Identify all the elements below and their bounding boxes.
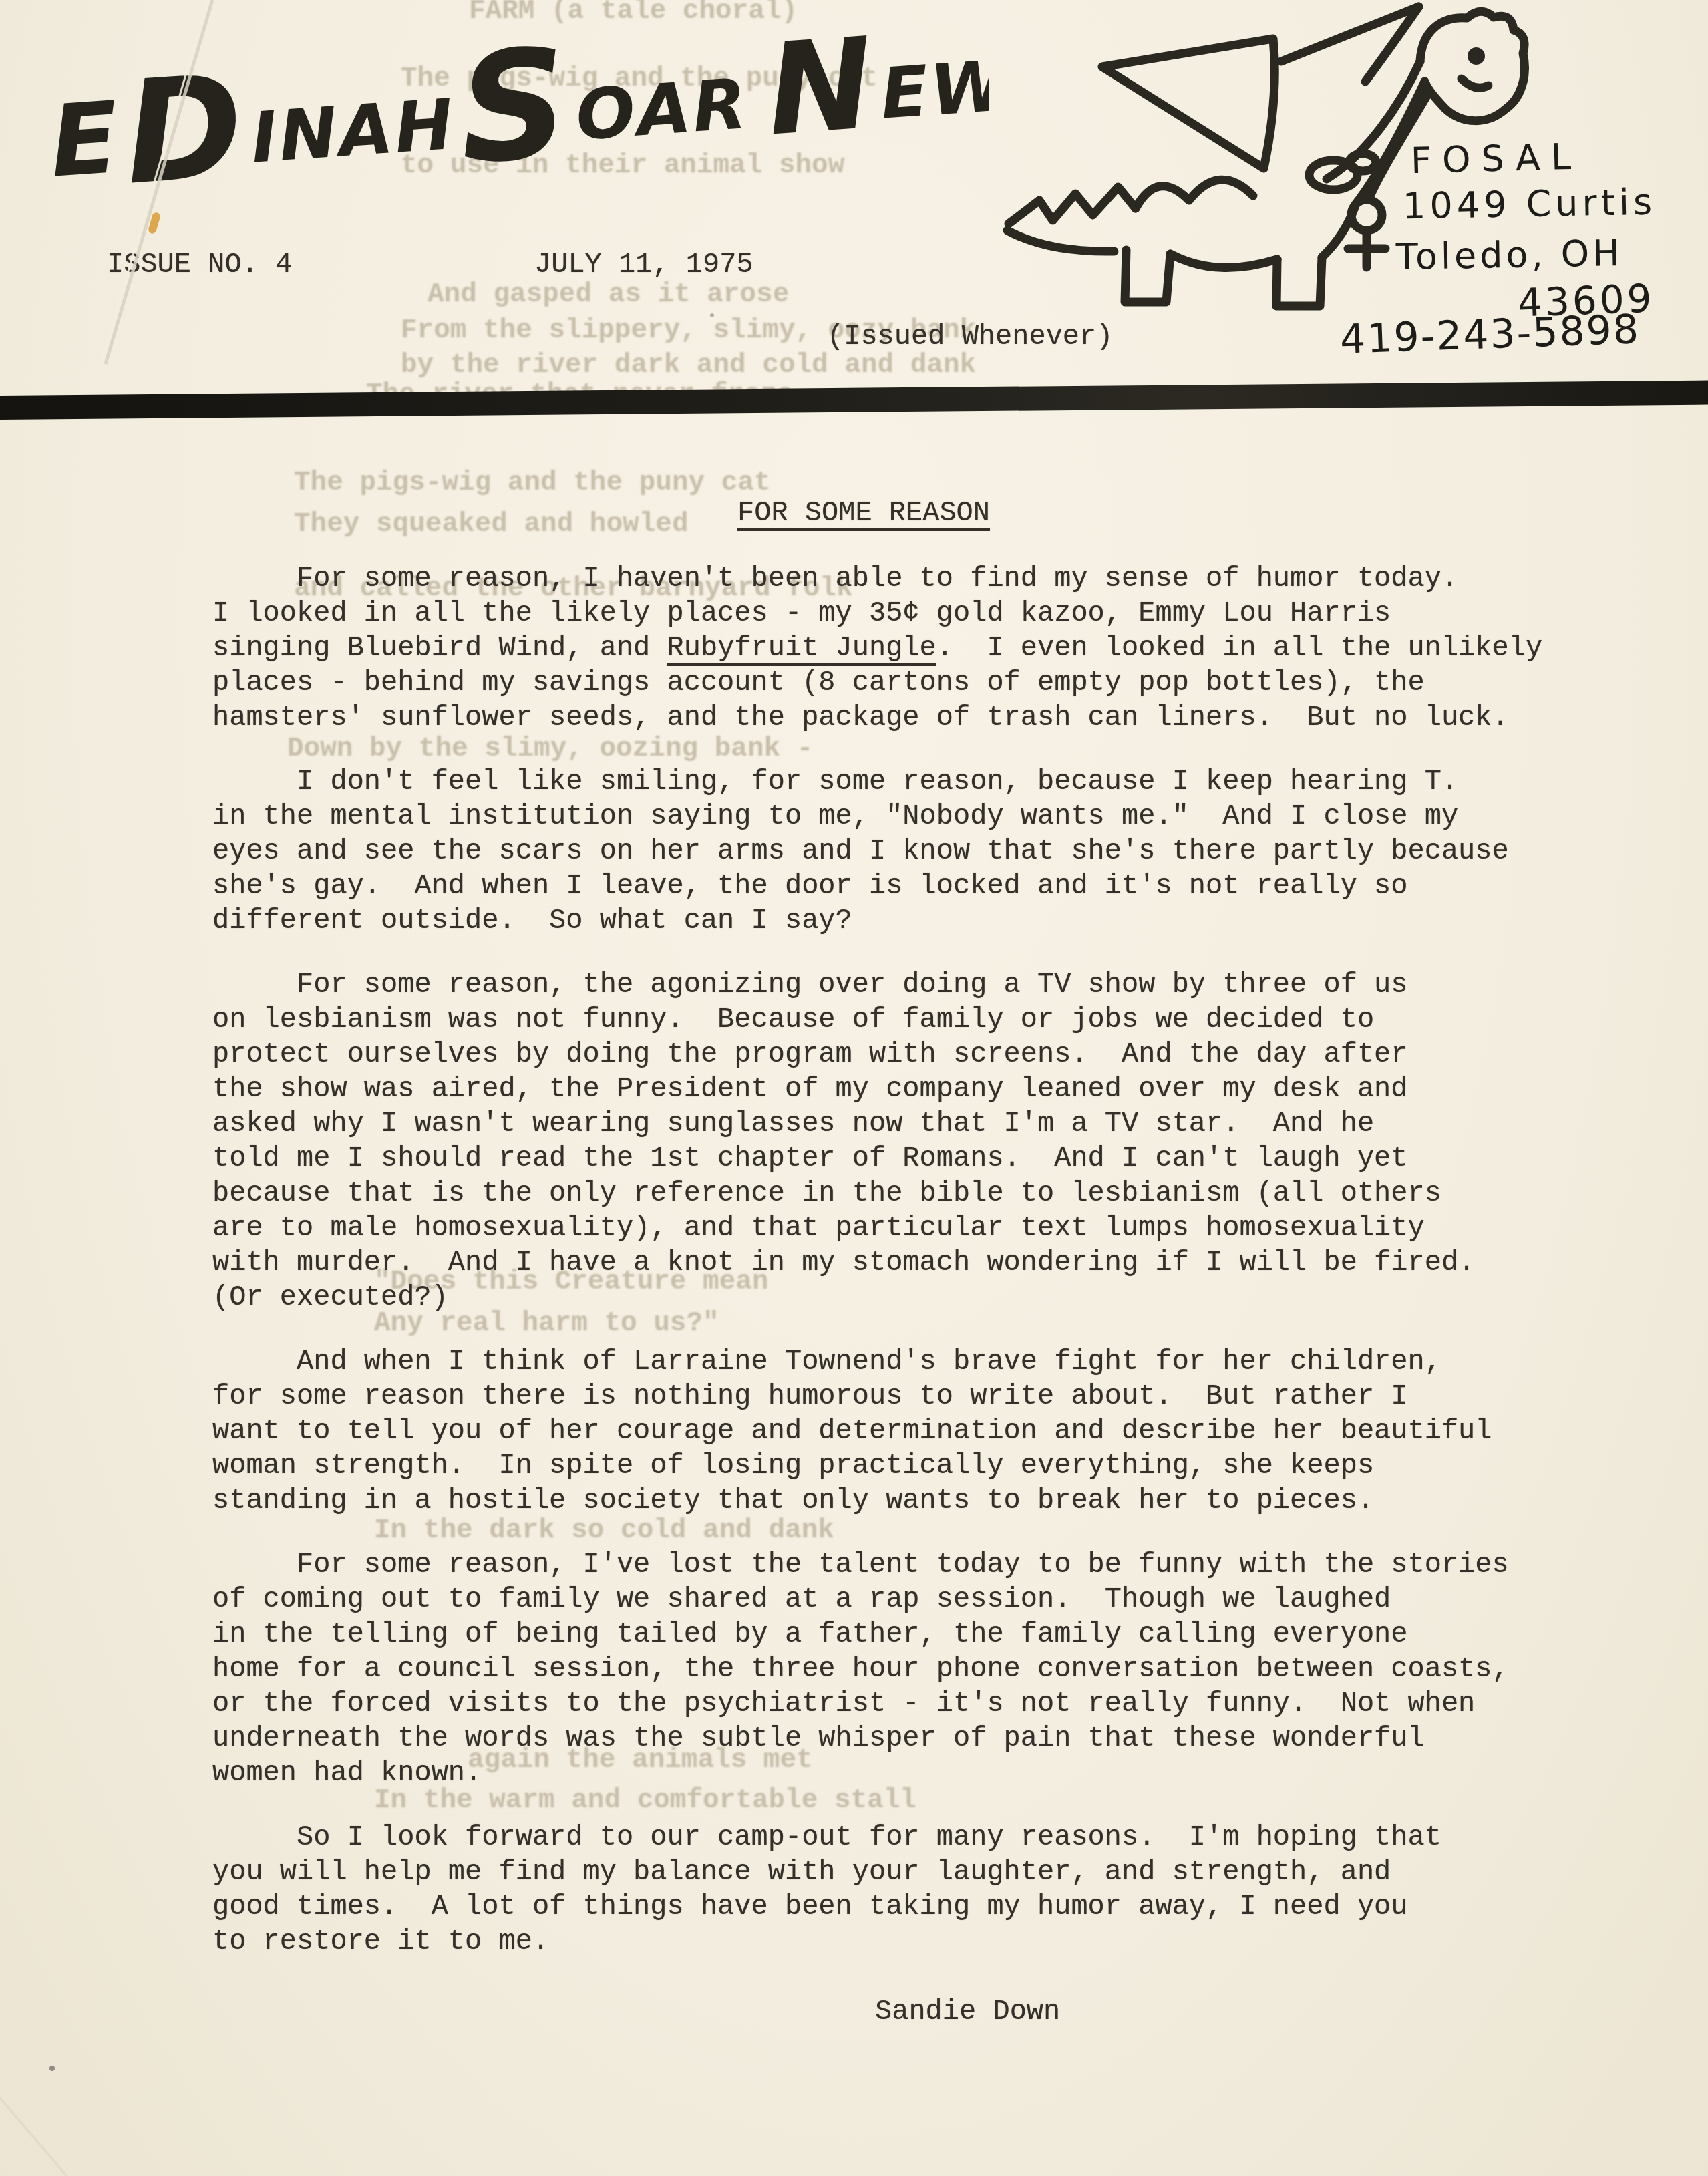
dino-collar-loop-small <box>1349 154 1376 171</box>
dino-belly <box>1170 254 1277 268</box>
dino-tail-underside <box>1007 230 1114 251</box>
dino-wing-front <box>1102 39 1274 168</box>
dino-mouth <box>1462 79 1488 88</box>
issue-number: ISSUE NO. 4 <box>107 249 292 281</box>
typewritten-line: For some reason, I've lost the talent to… <box>212 1547 1555 1582</box>
svg-text:E D INAH: E D INAH S OAR N EWS <box>44 10 989 227</box>
typewritten-line: with murder. And I have a knot in my sto… <box>212 1245 1555 1280</box>
typewritten-line: standing in a hostile society that only … <box>212 1483 1555 1518</box>
typewritten-line: home for a council session, the three ho… <box>212 1652 1555 1686</box>
paragraph: So I look forward to our camp-out for ma… <box>212 1820 1555 1959</box>
typewritten-line: singing Bluebird Wind, and Rubyfruit Jun… <box>212 631 1555 665</box>
article-signature: Sandie Down <box>875 1994 1555 2029</box>
dino-eye <box>1468 47 1485 65</box>
dino-rear-leg <box>1125 250 1170 302</box>
article: FOR SOME REASON For some reason, I haven… <box>212 496 1555 2029</box>
typewritten-line: on lesbianism was not funny. Because of … <box>212 1002 1555 1037</box>
typewritten-line: And when I think of Larraine Townend's b… <box>212 1344 1555 1379</box>
masthead-logo: E D INAH S OAR N EWS <box>33 10 989 237</box>
dino-front-leg <box>1276 257 1322 306</box>
typewritten-line: good times. A lot of things have been ta… <box>212 1889 1555 1924</box>
typewritten-line: So I look forward to our camp-out for ma… <box>212 1820 1555 1855</box>
typewritten-line: places - behind my savings account (8 ca… <box>212 665 1555 700</box>
org-name: FOSAL <box>1410 136 1582 182</box>
paragraph: For some reason, the agonizing over doin… <box>212 967 1555 1315</box>
underlined-phrase: Rubyfruit Jungle <box>667 632 936 664</box>
typewritten-line: in the mental institution saying to me, … <box>212 799 1555 834</box>
paragraph: For some reason, I haven't been able to … <box>212 561 1555 735</box>
logo-letter: E <box>47 80 124 200</box>
logo-letter: D <box>120 43 250 216</box>
typewritten-line: underneath the words was the subtle whis… <box>212 1721 1555 1756</box>
typewritten-line: eyes and see the scars on her arms and I… <box>212 834 1555 869</box>
typewritten-line: women had known. <box>212 1756 1555 1791</box>
logo-letter: S <box>454 16 576 198</box>
article-title: FOR SOME REASON <box>737 496 990 530</box>
typewritten-line: asked why I wasn't wearing sunglasses no… <box>212 1106 1555 1141</box>
bleed-through-text: The pigs-wig and the puny cat <box>294 468 771 498</box>
typewritten-line: told me I should read the 1st chapter of… <box>212 1141 1555 1176</box>
typewritten-line: For some reason, I haven't been able to … <box>212 561 1555 596</box>
corner-crease <box>0 2098 67 2176</box>
bleed-through-text: by the river dark and cold and dank <box>401 350 976 381</box>
typewritten-line: I looked in all the likely places - my 3… <box>212 596 1555 631</box>
paragraph: I don't feel like smiling, for some reas… <box>212 764 1555 938</box>
paragraph: For some reason, I've lost the talent to… <box>212 1547 1555 1791</box>
female-symbol-icon <box>1348 200 1385 267</box>
typewritten-line: woman strength. In spite of losing pract… <box>212 1448 1555 1483</box>
frequency-note: (Issued Whenever) <box>827 321 1113 353</box>
org-street: 1049 Curtis <box>1402 181 1656 228</box>
typewritten-line: or the forced visits to the psychiatrist… <box>212 1686 1555 1721</box>
logo-letter: N <box>763 11 880 164</box>
logo-letter: OAR <box>573 63 751 156</box>
typewritten-line: hamsters' sunflower seeds, and the packa… <box>212 700 1555 735</box>
logo-letter: EWS <box>878 41 989 135</box>
typewritten-line: the show was aired, the President of my … <box>212 1072 1555 1106</box>
ink-speck <box>49 2066 55 2071</box>
dino-back-plates <box>1136 180 1253 208</box>
org-phone: 419-243-5898 <box>1339 306 1641 363</box>
logo-letter: INAH <box>248 84 458 179</box>
typewritten-line: in the telling of being tailed by a fath… <box>212 1617 1555 1652</box>
typewritten-line: for some reason there is nothing humorou… <box>212 1379 1555 1414</box>
typewritten-line: For some reason, the agonizing over doin… <box>212 967 1555 1002</box>
typewritten-line: want to tell you of her courage and dete… <box>212 1414 1555 1448</box>
dino-tail-spikes <box>1009 187 1136 224</box>
typewritten-line: she's gay. And when I leave, the door is… <box>212 869 1555 903</box>
typewritten-line: because that is the only reference in th… <box>212 1176 1555 1211</box>
typewritten-line: of coming out to family we shared at a r… <box>212 1582 1555 1617</box>
typewritten-line: protect ourselves by doing the program w… <box>212 1037 1555 1072</box>
typewritten-line: you will help me find my balance with yo… <box>212 1855 1555 1889</box>
issue-date: JULY 11, 1975 <box>534 249 753 281</box>
bleed-through-text: And gasped as it arose <box>428 279 789 310</box>
paragraph: And when I think of Larraine Townend's b… <box>212 1344 1555 1518</box>
typewritten-line: I don't feel like smiling, for some reas… <box>212 764 1555 799</box>
typewritten-line: (Or executed?) <box>212 1280 1555 1315</box>
dino-head <box>1420 11 1524 120</box>
newsletter-page: FARM (a tale choral)The pigs-wig and the… <box>0 0 1708 2176</box>
typewritten-line: different outside. So what can I say? <box>212 903 1555 938</box>
org-city: Toledo, OH <box>1395 232 1623 278</box>
typewritten-line: are to male homosexuality), and that par… <box>212 1211 1555 1245</box>
masthead-divider-rule <box>0 381 1708 420</box>
article-title-row: FOR SOME REASON <box>212 496 1555 530</box>
typewritten-line: to restore it to me. <box>212 1924 1555 1959</box>
article-paragraphs: For some reason, I haven't been able to … <box>212 561 1555 1959</box>
